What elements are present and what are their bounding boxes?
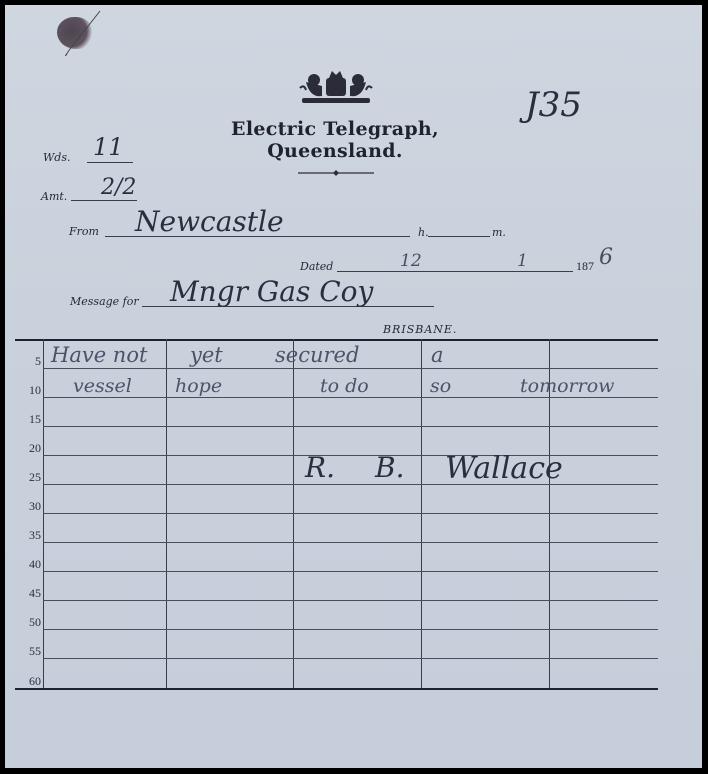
row-number: 55: [15, 644, 41, 659]
dated-label: Dated: [300, 260, 333, 273]
month-value: 1: [517, 251, 528, 271]
from-label: From: [69, 225, 99, 238]
message-word: to do: [320, 375, 369, 397]
hours-line: [428, 236, 490, 237]
message-word: Have not: [51, 343, 147, 367]
amount-value: 2/2: [101, 175, 136, 200]
minutes-label: m.: [492, 226, 506, 239]
message-for-label: Message for: [70, 295, 139, 308]
words-label: Wds.: [43, 151, 71, 164]
signature-initial-1: R.: [305, 451, 335, 484]
year-suffix-value: 6: [599, 245, 613, 270]
row-number: 40: [15, 557, 41, 572]
message-word: a: [431, 343, 444, 367]
message-grid: 5 10 15 20 25 30 35 40 45 50 55 60 Have …: [15, 339, 658, 691]
row-number: 5: [15, 354, 41, 369]
row-number: 30: [15, 499, 41, 514]
reference-number: J35: [525, 85, 582, 125]
dated-line: [337, 271, 573, 272]
pencil-mark-icon: [55, 9, 105, 64]
destination-label: BRISBANE.: [383, 323, 457, 336]
form-title: Electric Telegraph, Queensland.: [165, 118, 505, 162]
message-word: secured: [275, 343, 359, 367]
signature-surname: Wallace: [445, 451, 563, 486]
signature-initial-2: B.: [375, 451, 404, 484]
year-prefix: 187: [576, 259, 594, 274]
message-word: vessel: [73, 375, 132, 397]
amount-line: [71, 200, 137, 201]
words-line: [87, 162, 133, 163]
divider-ornament-icon: [298, 170, 374, 176]
message-word: hope: [175, 375, 222, 397]
row-number: 35: [15, 528, 41, 543]
message-word: so: [430, 375, 451, 397]
row-number: 45: [15, 586, 41, 601]
message-word: yet: [190, 343, 223, 367]
day-value: 12: [400, 251, 422, 271]
row-number: 60: [15, 674, 41, 689]
message-word: tomorrow: [520, 375, 614, 397]
row-number: 25: [15, 470, 41, 485]
from-value: Newcastle: [135, 205, 284, 238]
row-number: 50: [15, 615, 41, 630]
message-for-value: Mngr Gas Coy: [170, 275, 373, 308]
row-number: 10: [15, 383, 41, 398]
row-number: 15: [15, 412, 41, 427]
telegram-form: Electric Telegraph, Queensland. J35 Wds.…: [5, 5, 702, 768]
amount-label: Amt.: [41, 190, 67, 203]
words-value: 11: [93, 133, 124, 161]
hours-label: h.: [418, 226, 429, 239]
coat-of-arms-icon: [296, 68, 376, 106]
row-number: 20: [15, 441, 41, 456]
